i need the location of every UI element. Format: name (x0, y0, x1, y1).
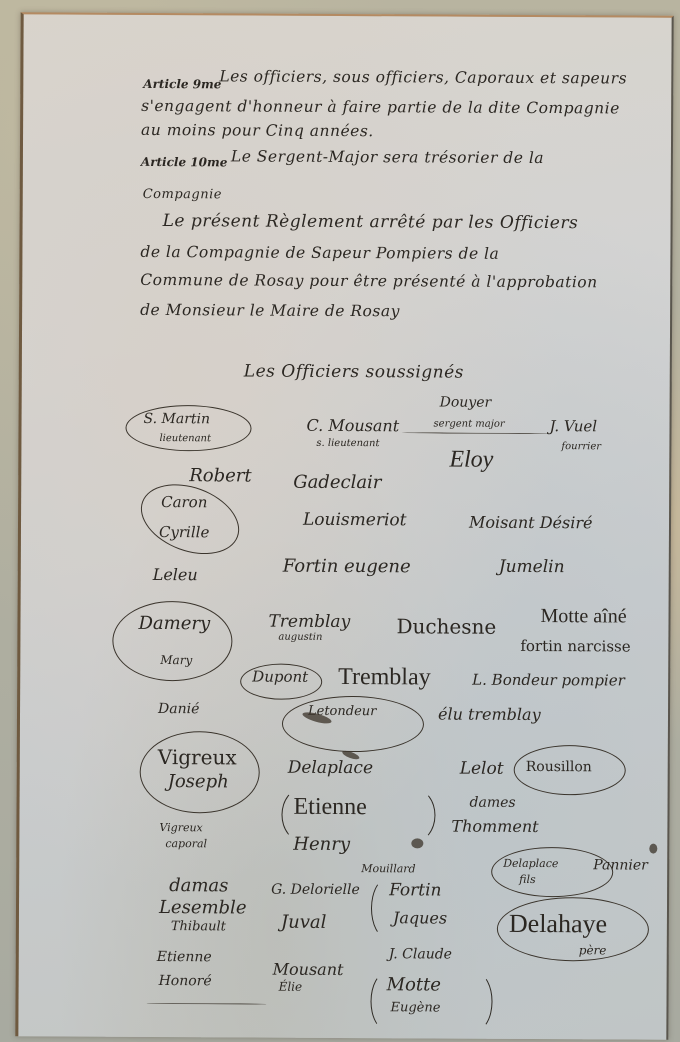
signature-robert: Robert (189, 465, 252, 486)
signature-fortin-eugene: Fortin eugene (283, 556, 411, 578)
signature-dupont: Dupont (252, 668, 308, 686)
signature-pannier: Pannier (593, 857, 648, 873)
signature-henry: Henry (293, 834, 350, 855)
signature-vuel: J. Vuel (549, 417, 597, 435)
article-10-label: Article 10me (141, 155, 228, 169)
signature-delahaye-first: père (579, 943, 607, 957)
signature-bracket (393, 788, 435, 842)
signature-vuel-title: fourrier (561, 441, 601, 452)
text-line-1: Les officiers, sous officiers, Caporaux … (219, 67, 627, 87)
signature-damery-first: Mary (160, 653, 192, 667)
signature-fortin-jaques: Fortin (389, 880, 442, 900)
text-line-8: Commune de Rosay pour être présenté à l'… (140, 271, 597, 291)
signature-mousant-elie-first: Élie (279, 980, 303, 994)
signature-delaplace: Delaplace (288, 758, 373, 778)
signature-lelot: Lelot (460, 759, 504, 779)
signature-j-claude: J. Claude (389, 946, 452, 962)
signature-lesemble: Lesemble (159, 897, 247, 918)
text-line-9: de Monsieur le Maire de Rosay (140, 301, 400, 320)
signature-fortin-narcisse: fortin narcisse (520, 637, 630, 656)
signature-motte-eugene-first: Eugène (390, 1000, 440, 1015)
signature-douyer-title: sergent major (434, 418, 505, 429)
signature-delaplace-fils-first: fils (519, 873, 536, 886)
signature-thomment: Thomment (451, 817, 538, 836)
signature-rousillon: Rousillon (526, 759, 592, 775)
article-9-label: Article 9me (143, 77, 221, 91)
signature-vigreux-caporal: Vigreux (159, 821, 202, 834)
signature-bondeur: L. Bondeur pompier (472, 671, 625, 690)
signature-damery: Damery (138, 613, 210, 634)
signature-elu-tremblay: élu tremblay (438, 704, 541, 724)
signature-bracket (460, 973, 492, 1031)
signature-danie: Danié (158, 701, 199, 717)
signature-delaplace-fils: Delaplace (503, 857, 558, 870)
signature-moisant-desire: Moisant Désiré (469, 513, 593, 533)
signature-dames: dames (470, 795, 516, 811)
signature-leleu: Leleu (153, 565, 198, 584)
ink-blot (411, 838, 423, 848)
signature-etienne-honore-first: Honoré (159, 973, 212, 989)
signature-caron: Caron (161, 493, 207, 511)
signature-vigreux-joseph-first: Joseph (168, 771, 229, 792)
signature-martin: S. Martin (144, 411, 211, 427)
signature-mousant-c-title: s. lieutenant (316, 438, 379, 449)
signature-jumelin: Jumelin (499, 557, 565, 577)
signature-vigreux-caporal-first: caporal (165, 837, 207, 850)
text-line-6: Le présent Règlement arrêté par les Offi… (163, 211, 579, 233)
signature-eloy: Eloy (449, 447, 493, 474)
signature-martin-title: lieutenant (159, 433, 211, 444)
signature-tremblay-augustin-first: augustin (278, 632, 322, 643)
signature-douyer: Douyer (440, 394, 492, 410)
signature-delorielle: G. Delorielle (271, 882, 360, 898)
text-line-2: s'engagent d'honneur à faire partie de l… (141, 97, 620, 118)
signature-motte-eugene: Motte (387, 974, 441, 995)
signature-etienne: Etienne (293, 794, 366, 821)
signature-caron-first: Cyrille (159, 523, 209, 541)
signature-tremblay: Tremblay (338, 664, 431, 691)
signature-vigreux-joseph: Vigreux (158, 745, 237, 769)
signature-louismeriot: Louismeriot (303, 510, 407, 531)
signature-duchesne: Duchesne (396, 614, 496, 639)
text-line-7: de la Compagnie de Sapeur Pompiers de la (140, 243, 499, 263)
signature-mouillard: Mouillard (361, 862, 415, 875)
signature-etienne-honore: Etienne (157, 949, 212, 965)
signature-gadeclair: Gadeclair (293, 472, 381, 493)
signature-motte-aine: Motte aîné (540, 605, 626, 628)
text-line-4: Le Sergent-Major sera trésorier de la (231, 147, 544, 167)
signature-flourish (146, 1003, 266, 1005)
signature-thibault: Thibault (171, 919, 226, 934)
signature-juval: Juval (281, 912, 327, 933)
document-page: Article 9me Les officiers, sous officier… (15, 12, 673, 1039)
text-line-3: au moins pour Cinq années. (141, 121, 374, 140)
signature-delahaye: Delahaye (509, 909, 607, 940)
signature-tremblay-augustin: Tremblay (268, 612, 350, 632)
signature-flourish (401, 432, 551, 434)
signatories-heading: Les Officiers soussignés (244, 361, 464, 382)
signature-mousant-elie: Mousant (273, 960, 344, 979)
signature-damas: damas (169, 875, 228, 896)
text-line-5: Compagnie (143, 187, 222, 202)
ink-blot (649, 844, 657, 854)
signature-mousant-c: C. Mousant (306, 416, 399, 435)
signature-fortin-jaques-first: Jaques (393, 908, 447, 927)
